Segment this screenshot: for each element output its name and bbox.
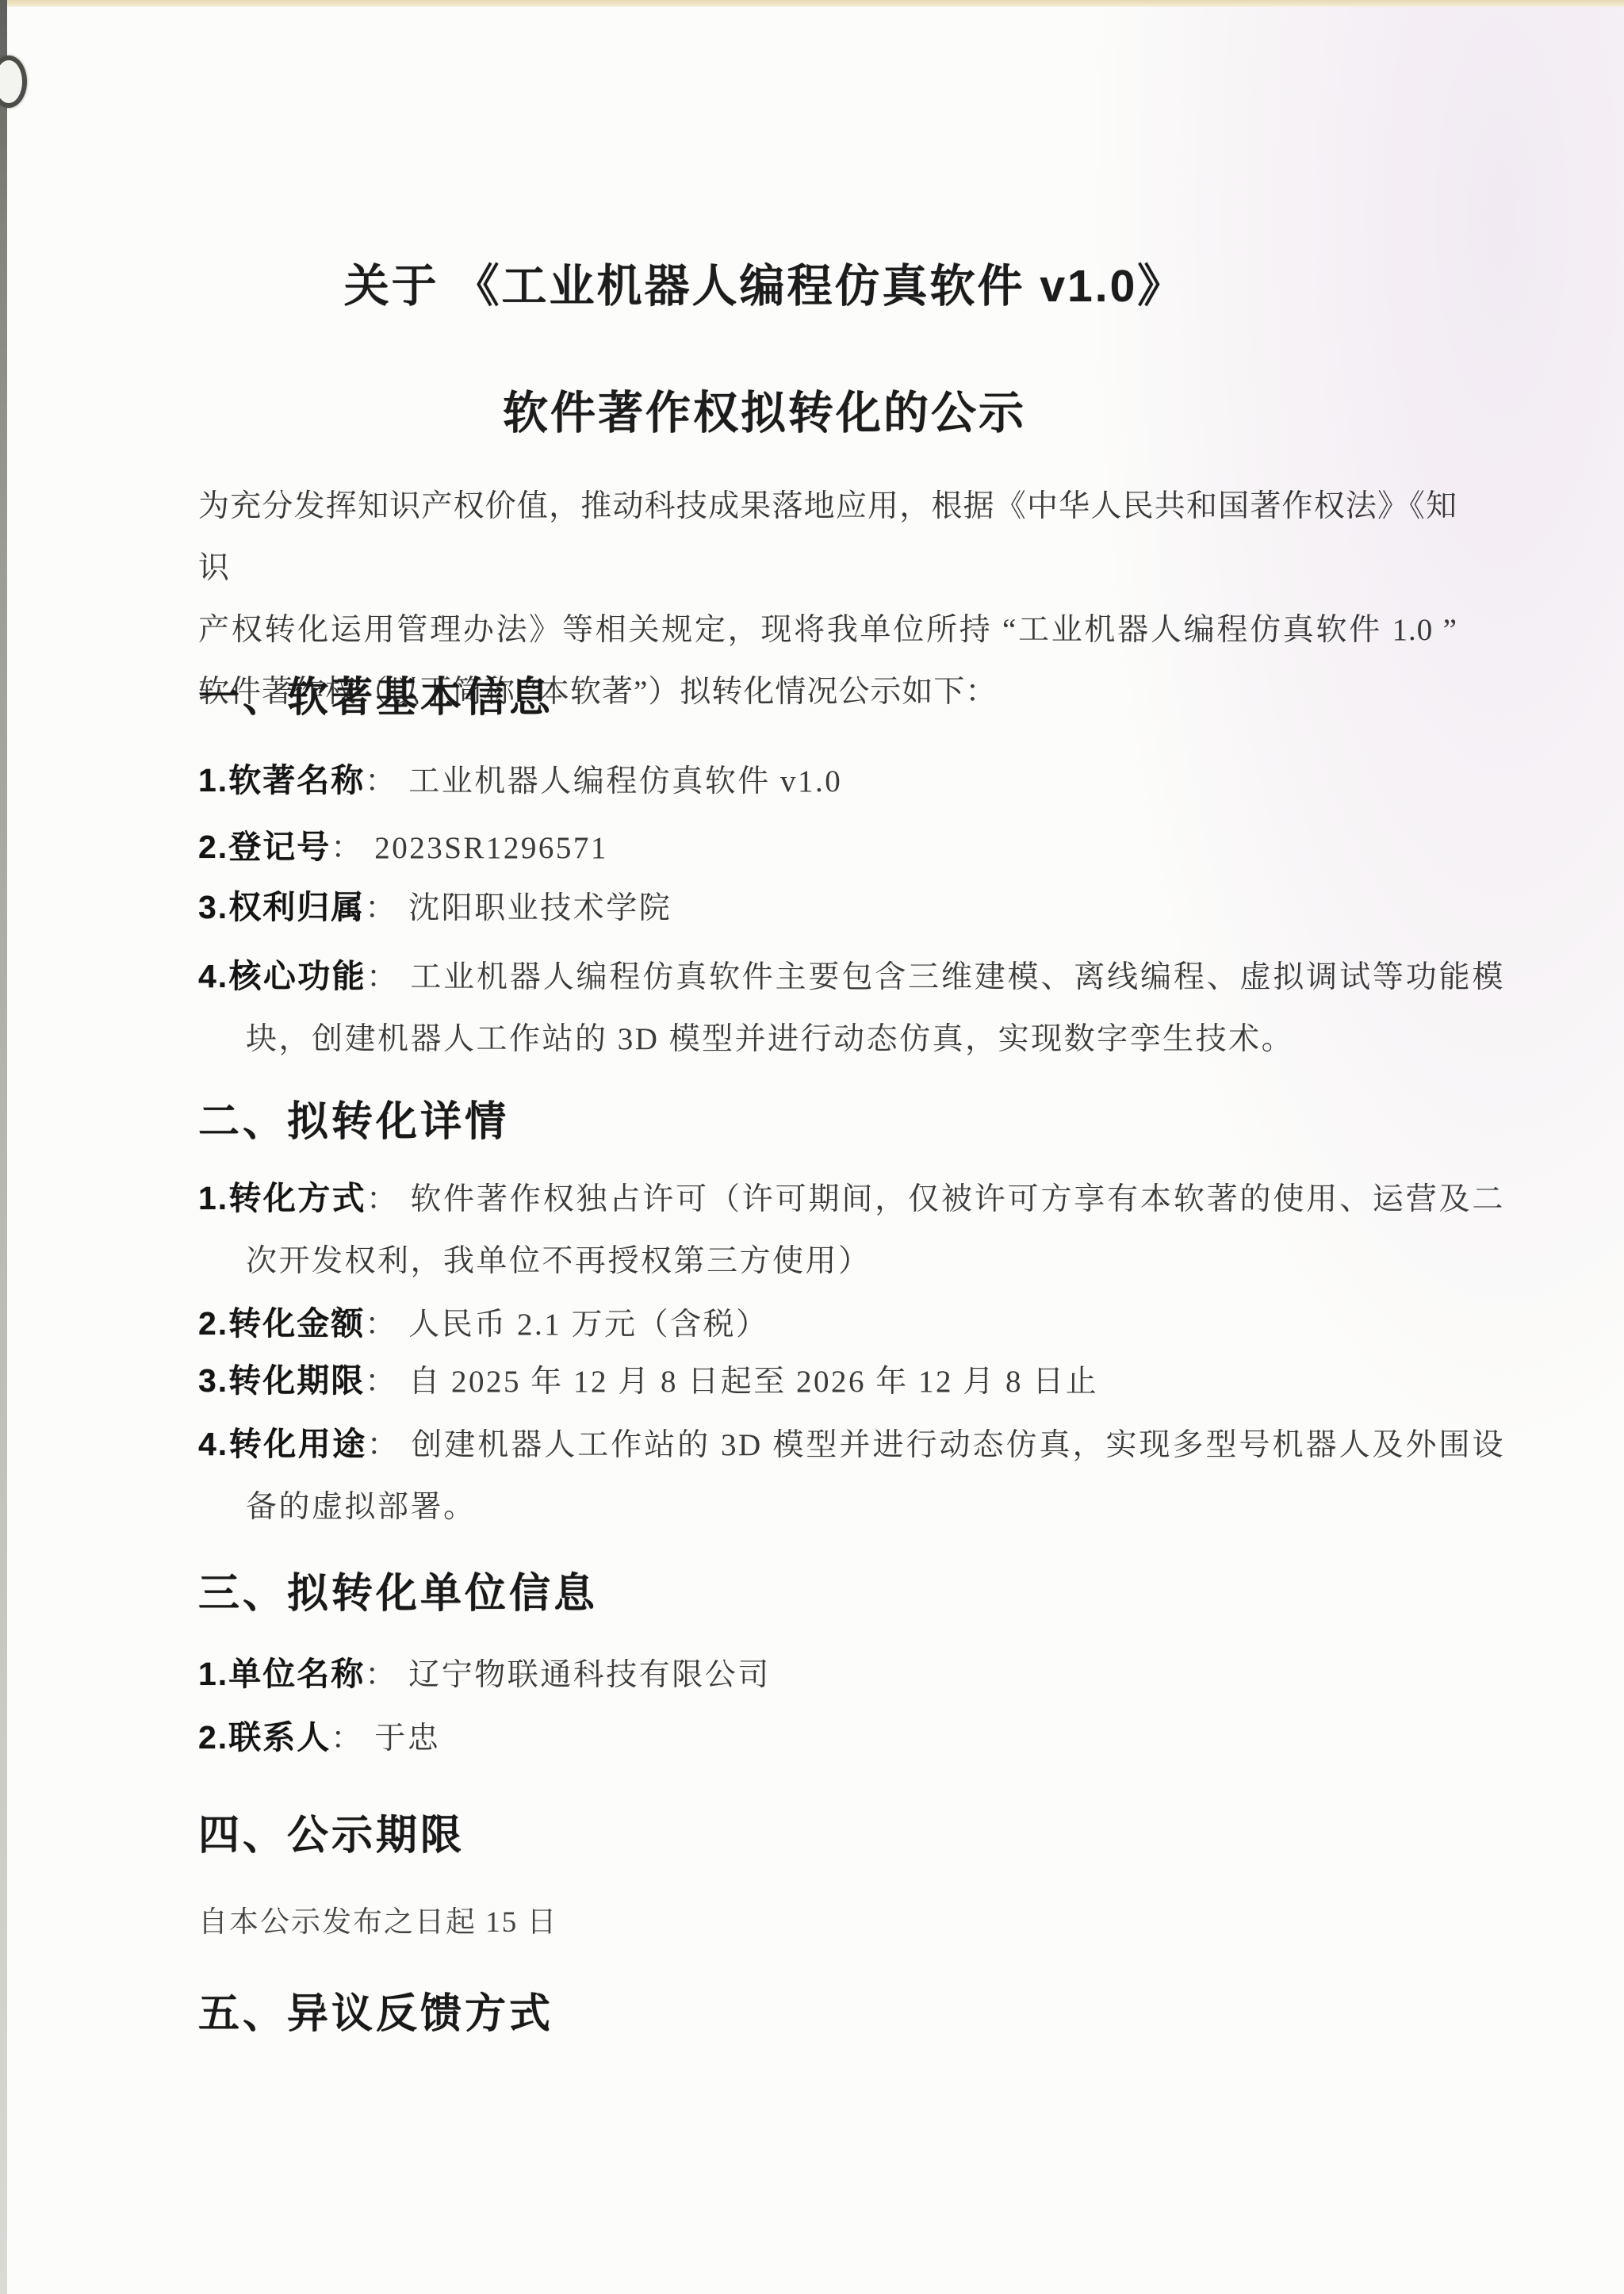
field-row-software-name: 1.软著名称：工业机器人编程仿真软件 v1.0 — [198, 749, 1505, 813]
field-value: 自 2025 年 12 月 8 日起至 2026 年 12 月 8 日止 — [408, 1365, 1098, 1399]
field-row-registration-number: 2.登记号：2023SR1296571 — [198, 816, 1505, 879]
document-title-line1: 关于 《工业机器人编程仿真软件 v1.0》 — [135, 257, 1394, 316]
field-label: 2.登记号 — [198, 829, 331, 865]
document-content: 关于 《工业机器人编程仿真软件 v1.0》 软件著作权拟转化的公示 为充分发挥知… — [198, 0, 1457, 2294]
field-colon: ： — [331, 1721, 362, 1756]
section-3-heading: 三、拟转化单位信息 — [198, 1568, 1457, 1619]
scan-left-edge-artifact — [0, 0, 7, 2294]
section-1-heading: 一、软著基本信息 — [198, 672, 1457, 723]
field-colon: ： — [366, 1182, 397, 1216]
field-value: 工业机器人编程仿真软件主要包含三维建模、离线编程、虚拟调试等功能模块，创建机器人… — [246, 960, 1505, 1056]
field-value: 沈阳职业技术学院 — [408, 891, 672, 925]
field-label: 2.转化金额 — [198, 1305, 365, 1342]
field-row-transfer-amount: 2.转化金额：人民币 2.1 万元（含税） — [198, 1293, 1505, 1356]
field-row-company-name: 1.单位名称：辽宁物联通科技有限公司 — [198, 1643, 1505, 1706]
field-row-transfer-usage: 4.转化用途：创建机器人工作站的 3D 模型并进行动态仿真，实现多型号机器人及外… — [198, 1413, 1505, 1538]
field-colon: ： — [331, 831, 362, 865]
binder-ring-artifact — [0, 56, 27, 108]
field-label: 3.转化期限 — [198, 1362, 365, 1399]
field-label: 3.权利归属 — [198, 889, 365, 925]
field-row-core-functions: 4.核心功能：工业机器人编程仿真软件主要包含三维建模、离线编程、虚拟调试等功能模… — [198, 945, 1505, 1070]
section-2-heading: 二、拟转化详情 — [198, 1097, 1457, 1147]
field-value: 工业机器人编程仿真软件 v1.0 — [408, 764, 842, 798]
field-value: 软件著作权独占许可（许可期间，仅被许可方享有本软著的使用、运营及二次开发权利，我… — [246, 1182, 1505, 1278]
field-label: 4.核心功能 — [198, 958, 366, 994]
field-value: 2023SR1296571 — [374, 831, 608, 865]
field-row-contact-person: 2.联系人：于忠 — [198, 1706, 1505, 1770]
field-label: 1.软著名称 — [198, 762, 365, 798]
field-row-transfer-period: 3.转化期限：自 2025 年 12 月 8 日起至 2026 年 12 月 8… — [198, 1350, 1505, 1413]
field-row-transfer-method: 1.转化方式：软件著作权独占许可（许可期间，仅被许可方享有本软著的使用、运营及二… — [198, 1167, 1505, 1293]
field-colon: ： — [367, 1428, 399, 1462]
field-colon: ： — [365, 1308, 396, 1342]
field-colon: ： — [366, 960, 397, 994]
publicity-period-text: 自本公示发布之日起 15 日 — [198, 1895, 1457, 1951]
section-5-heading: 五、异议反馈方式 — [198, 1989, 1457, 2039]
intro-line-1: 为充分发挥知识产权价值，推动科技成果落地应用，根据《中华人民共和国著作权法》《知… — [198, 476, 1457, 599]
intro-line-2: 产权转化运用管理办法》等相关规定，现将我单位所持 “工业机器人编程仿真软件 1.… — [198, 599, 1457, 661]
field-value: 人民币 2.1 万元（含税） — [408, 1308, 768, 1342]
field-colon: ： — [365, 764, 396, 798]
scanned-document-page: 关于 《工业机器人编程仿真软件 v1.0》 软件著作权拟转化的公示 为充分发挥知… — [0, 0, 1624, 2294]
section-4-heading: 四、公示期限 — [198, 1810, 1457, 1861]
field-colon: ： — [365, 1365, 396, 1399]
field-colon: ： — [365, 891, 396, 925]
field-label: 2.联系人 — [198, 1719, 331, 1756]
field-row-rights-owner: 3.权利归属：沈阳职业技术学院 — [198, 876, 1505, 940]
field-value: 于忠 — [374, 1721, 440, 1756]
document-title-line2: 软件著作权拟转化的公示 — [135, 384, 1394, 442]
field-value: 创建机器人工作站的 3D 模型并进行动态仿真，实现多型号机器人及外围设备的虚拟部… — [246, 1428, 1505, 1524]
field-label: 1.转化方式 — [198, 1180, 366, 1216]
field-label: 4.转化用途 — [198, 1426, 367, 1462]
field-value: 辽宁物联通科技有限公司 — [408, 1658, 771, 1692]
field-colon: ： — [365, 1658, 396, 1692]
field-label: 1.单位名称 — [198, 1656, 365, 1692]
